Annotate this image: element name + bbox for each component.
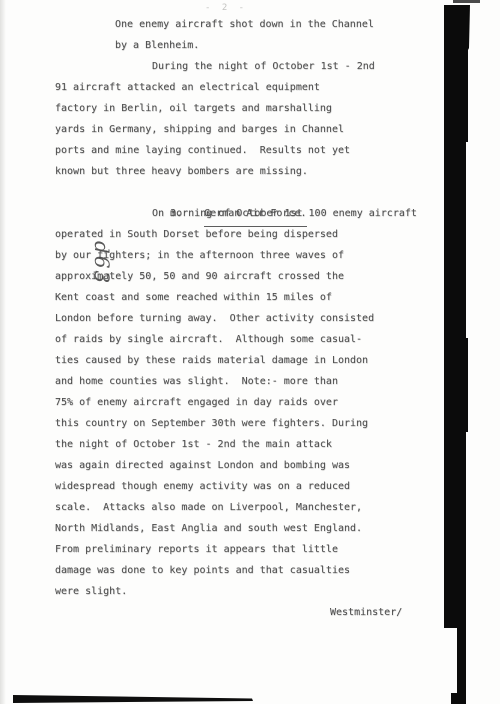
continuation-catchword: Westminster/ (330, 602, 450, 623)
handwritten-margin-annotation: d63 (82, 241, 122, 301)
margin-annotation-text: d63 (90, 241, 114, 285)
scan-artifact-top-line (453, 0, 480, 3)
page-edge-shadow (0, 0, 6, 704)
paragraph-night-raids: During the night of October 1st - 2nd 91… (55, 56, 425, 182)
scanned-document-page: - 2 - One enemy aircraft shot down in th… (0, 0, 500, 704)
paragraph-aircraft-shot-down: One enemy aircraft shot down in the Chan… (115, 14, 415, 56)
